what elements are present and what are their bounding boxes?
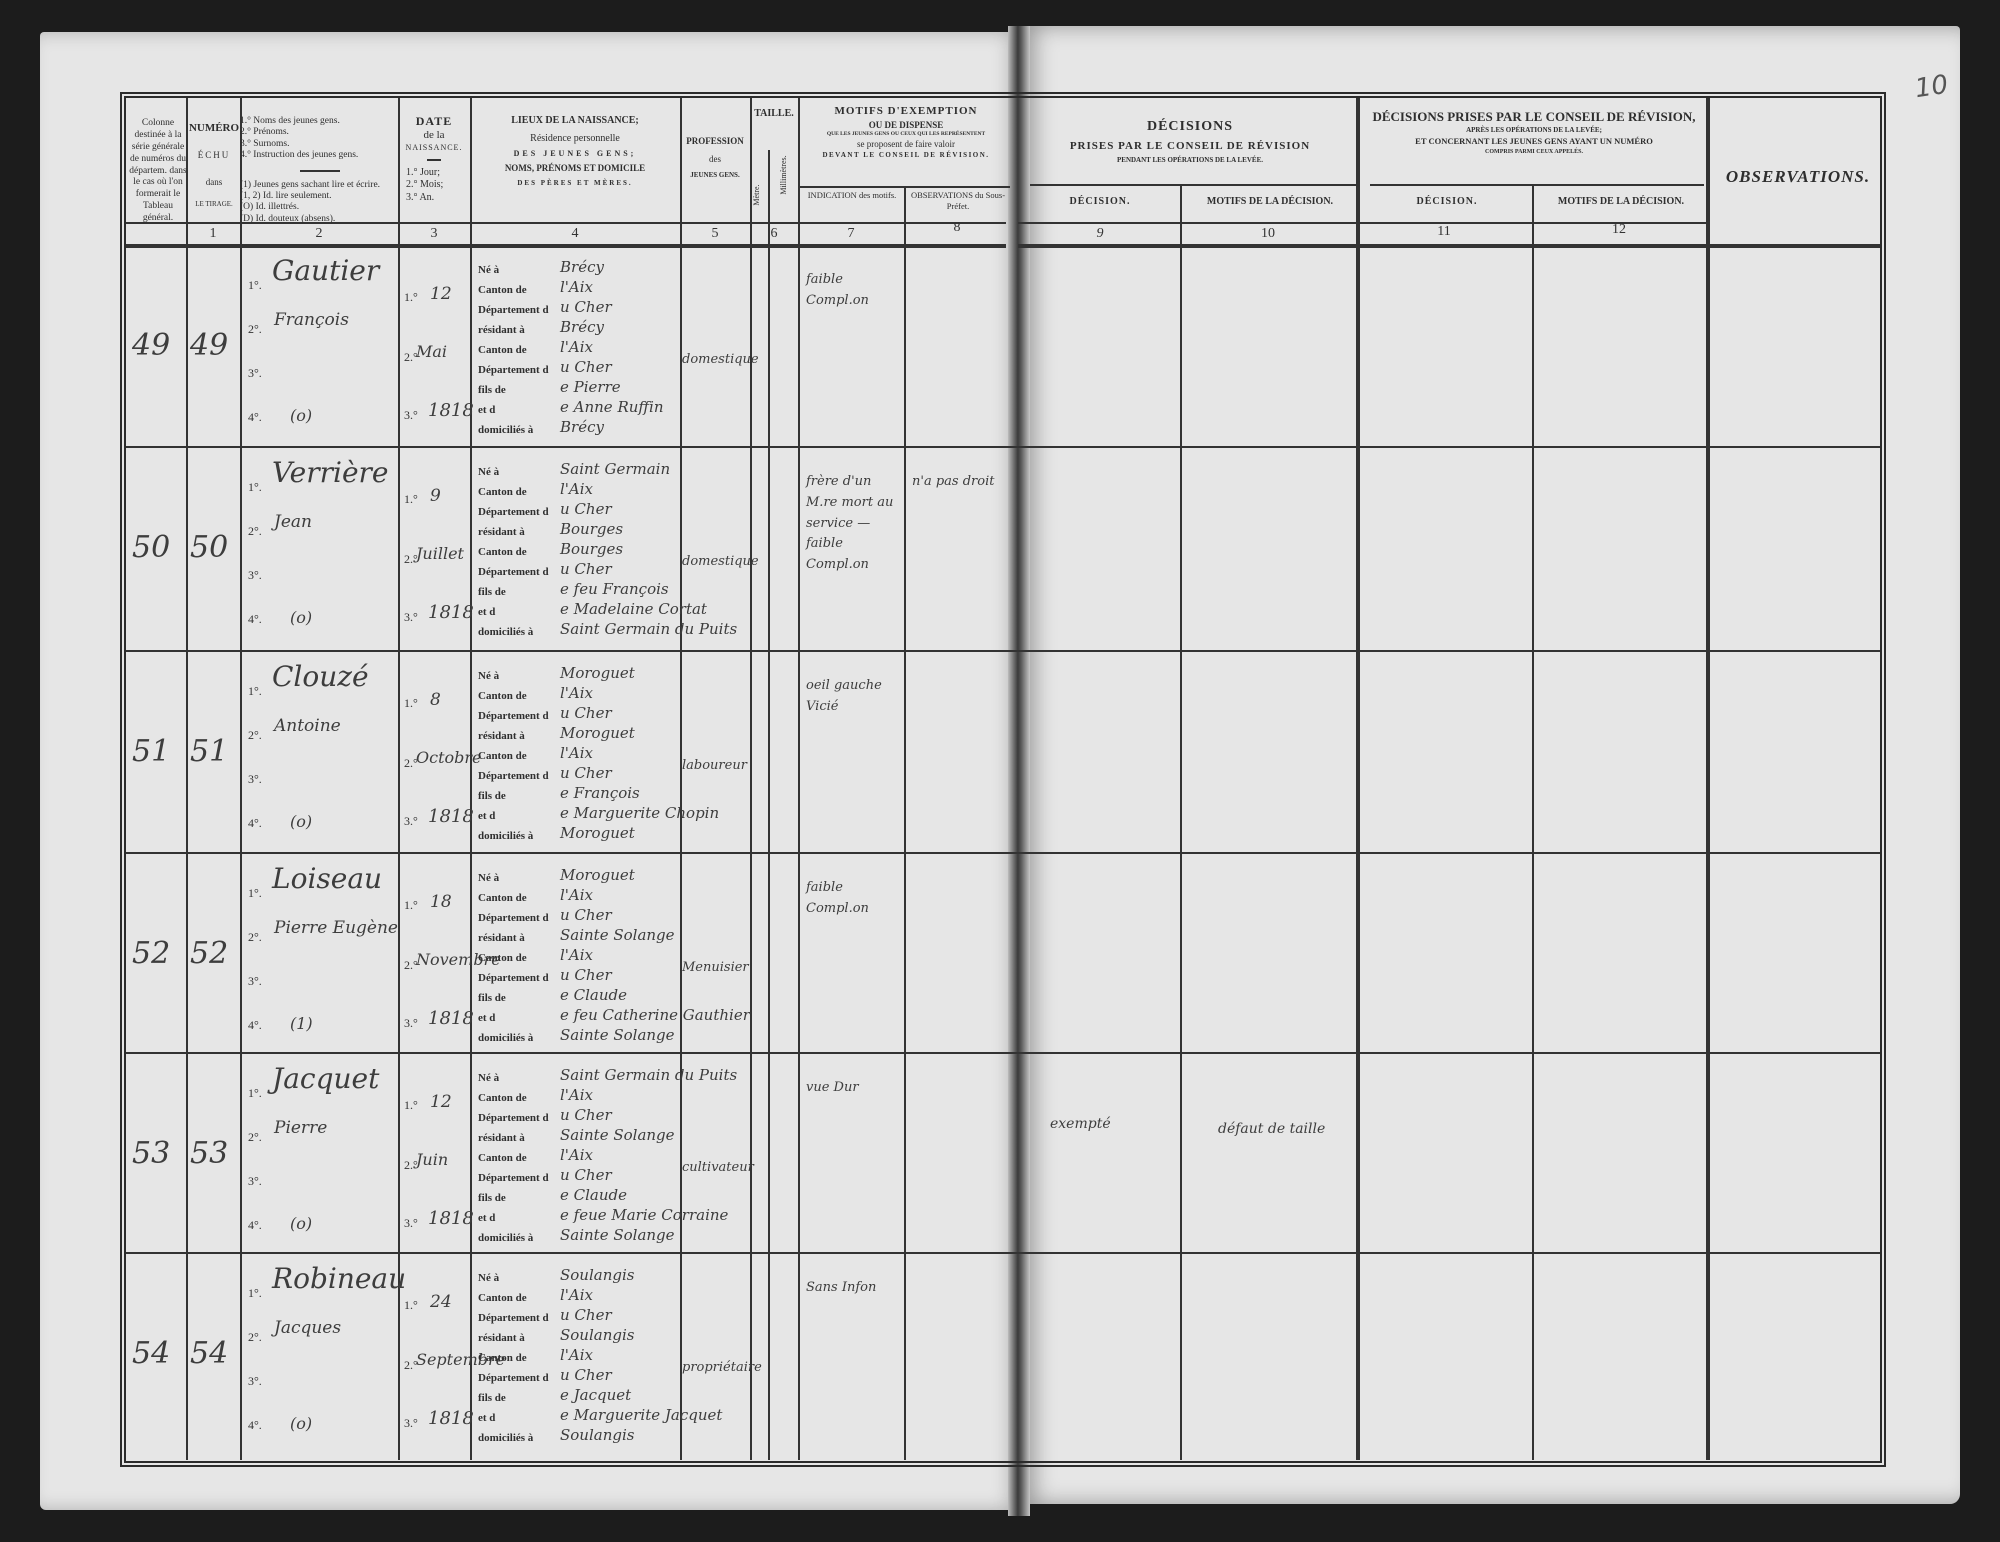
name-ordinal: 4°. bbox=[248, 1018, 262, 1033]
place-label: fils de bbox=[478, 384, 506, 396]
name-ordinal: 2°. bbox=[248, 322, 262, 337]
place-label: Canton de bbox=[478, 1352, 527, 1364]
row-rule-5 bbox=[126, 1252, 1880, 1254]
place-value: Bourges bbox=[560, 540, 623, 558]
row-exemption-motif: vue Dur bbox=[806, 1078, 902, 1099]
place-value: u Cher bbox=[560, 764, 612, 782]
name-ordinal: 3°. bbox=[248, 1374, 262, 1389]
row-decision-motif: défaut de taille bbox=[1218, 1116, 1328, 1143]
place-label: Né à bbox=[478, 670, 499, 682]
place-label: fils de bbox=[478, 992, 506, 1004]
place-value: u Cher bbox=[560, 500, 612, 518]
row-surname: Verrière bbox=[272, 456, 388, 489]
header-dec1-line2: PRISES PAR LE CONSEIL DE RÉVISION bbox=[1020, 138, 1360, 155]
row-exemption-motif: frère d'un M.re mort au service — faible… bbox=[806, 472, 902, 576]
row-serie-number: 49 bbox=[132, 328, 170, 363]
place-label: domiciliés à bbox=[478, 1032, 533, 1044]
header-noms-line4: 4.° Instruction des jeunes gens. bbox=[240, 150, 400, 161]
name-ordinal: 2°. bbox=[248, 930, 262, 945]
header-rule bbox=[126, 222, 1006, 224]
place-value: u Cher bbox=[560, 906, 612, 924]
header-legend-1: (1) Jeunes gens sachant lire et écrire. bbox=[240, 180, 400, 191]
place-value: l'Aix bbox=[560, 886, 593, 904]
header-profession-line3: JEUNES GENS. bbox=[680, 168, 750, 182]
row-birth-month: Juillet bbox=[416, 544, 464, 563]
place-value: l'Aix bbox=[560, 744, 593, 762]
header-decisions-2: DÉCISIONS PRISES PAR LE CONSEIL DE RÉVIS… bbox=[1358, 108, 1710, 156]
header-date: DATE de la NAISSANCE. 1.° Jour; 2.° Mois… bbox=[400, 114, 468, 204]
row-instruction: (o) bbox=[290, 1214, 312, 1233]
place-label: Département d bbox=[478, 770, 549, 782]
place-value: Saint Germain du Puits bbox=[560, 1066, 737, 1084]
name-ordinal: 2°. bbox=[248, 524, 262, 539]
header-profession-line1: PROFESSION bbox=[680, 132, 750, 150]
name-ordinal: 4°. bbox=[248, 410, 262, 425]
place-label: Département d bbox=[478, 364, 549, 376]
header-date-title: DATE bbox=[400, 114, 468, 129]
header-lieux-line2: Résidence personnelle bbox=[470, 130, 680, 148]
place-label: résidant à bbox=[478, 324, 525, 336]
row-profession: cultivateur bbox=[682, 1160, 754, 1175]
birth-ordinal-year: 3.° bbox=[404, 1416, 418, 1431]
header-lieux: LIEUX DE LA NAISSANCE; Résidence personn… bbox=[470, 112, 680, 189]
name-ordinal: 1°. bbox=[248, 886, 262, 901]
header-dec2-decision: DÉCISION. bbox=[1362, 196, 1532, 209]
colnum-1: 1 bbox=[186, 226, 240, 242]
place-value: e Anne Ruffin bbox=[560, 398, 663, 416]
row-exemption-motif: faible Compl.on bbox=[806, 878, 902, 920]
name-ordinal: 1°. bbox=[248, 684, 262, 699]
place-label: fils de bbox=[478, 586, 506, 598]
place-value: Saint Germain du Puits bbox=[560, 620, 737, 638]
row-birth-day: 18 bbox=[430, 892, 452, 912]
place-label: Département d bbox=[478, 506, 549, 518]
place-label: résidant à bbox=[478, 932, 525, 944]
place-value: e Marguerite Jacquet bbox=[560, 1406, 722, 1424]
place-label: Département d bbox=[478, 1172, 549, 1184]
place-label: domiciliés à bbox=[478, 830, 533, 842]
col-divider-1 bbox=[186, 98, 188, 1460]
page-number: 10 bbox=[1913, 70, 1950, 104]
header-lieux-line5: DES PÈRES ET MÈRES. bbox=[470, 177, 680, 189]
header-decisions-1: DÉCISIONS PRISES PAR LE CONSEIL DE RÉVIS… bbox=[1020, 116, 1360, 166]
header-motifs-line4: se proposent de faire valoir bbox=[800, 138, 1012, 150]
row-instruction: (1) bbox=[290, 1014, 313, 1033]
name-ordinal: 2°. bbox=[248, 1130, 262, 1145]
row-birth-day: 24 bbox=[430, 1292, 452, 1312]
col-divider-7 bbox=[798, 98, 800, 1460]
row-tirage-number: 52 bbox=[190, 936, 228, 971]
place-value: l'Aix bbox=[560, 1346, 593, 1364]
header-motifs-line2: OU DE DISPENSE bbox=[800, 119, 1012, 131]
place-value: u Cher bbox=[560, 358, 612, 376]
place-label: Canton de bbox=[478, 1152, 527, 1164]
header-profession: PROFESSION des JEUNES GENS. bbox=[680, 132, 750, 182]
place-value: l'Aix bbox=[560, 480, 593, 498]
header-noms-divider bbox=[300, 170, 340, 172]
colnum-12: 12 bbox=[1532, 222, 1706, 238]
header-date-divider bbox=[427, 159, 441, 161]
name-ordinal: 1°. bbox=[248, 480, 262, 495]
birth-ordinal-day: 1.° bbox=[404, 290, 418, 305]
birth-ordinal-year: 3.° bbox=[404, 610, 418, 625]
name-ordinal: 3°. bbox=[248, 1174, 262, 1189]
name-ordinal: 2°. bbox=[248, 1330, 262, 1345]
place-label: domiciliés à bbox=[478, 1232, 533, 1244]
header-noms-line3: 3.° Surnoms. bbox=[240, 139, 400, 150]
place-label: résidant à bbox=[478, 1132, 525, 1144]
row-profession: Menuisier bbox=[682, 960, 749, 975]
row-birth-year: 1818 bbox=[428, 602, 474, 623]
place-value: Moroguet bbox=[560, 724, 635, 742]
place-value: Bourges bbox=[560, 520, 623, 538]
place-value: l'Aix bbox=[560, 338, 593, 356]
colnum-6: 6 bbox=[750, 226, 798, 242]
row-birth-year: 1818 bbox=[428, 1208, 474, 1229]
col-divider-2 bbox=[240, 98, 242, 1460]
colnum-5: 5 bbox=[680, 226, 750, 242]
place-value: e feu François bbox=[560, 580, 669, 598]
row-profession: domestique bbox=[682, 554, 759, 569]
header-dec1-decision: DÉCISION. bbox=[1020, 196, 1180, 209]
place-value: e Claude bbox=[560, 986, 627, 1004]
place-label: résidant à bbox=[478, 526, 525, 538]
row-firstname: Jean bbox=[274, 512, 312, 532]
row-rule-3 bbox=[126, 852, 1880, 854]
place-value: Brécy bbox=[560, 418, 604, 436]
row-birth-month: Octobre bbox=[416, 748, 482, 767]
header-motifs: MOTIFS D'EXEMPTION OU DE DISPENSE QUE LE… bbox=[800, 104, 1012, 160]
header-dec2-motifs: MOTIFS DE LA DÉCISION. bbox=[1534, 196, 1708, 209]
header-legend-2: (1, 2) Id. lire seulement. bbox=[240, 191, 400, 202]
place-label: domiciliés à bbox=[478, 1432, 533, 1444]
header-date-an: 3.° An. bbox=[400, 192, 468, 205]
row-birth-day: 12 bbox=[430, 284, 452, 304]
row-instruction: (o) bbox=[290, 812, 312, 831]
place-label: Canton de bbox=[478, 344, 527, 356]
place-value: Soulangis bbox=[560, 1266, 634, 1284]
row-rule-1 bbox=[126, 446, 1880, 448]
place-value: u Cher bbox=[560, 1166, 612, 1184]
place-label: fils de bbox=[478, 1192, 506, 1204]
name-ordinal: 1°. bbox=[248, 1086, 262, 1101]
col-divider-8 bbox=[904, 186, 906, 1460]
place-label: et d bbox=[478, 404, 495, 416]
header-noms-line1: 1.° Noms des jeunes gens. bbox=[240, 116, 400, 127]
row-birth-month: Juin bbox=[416, 1150, 448, 1169]
birth-ordinal-year: 3.° bbox=[404, 1016, 418, 1031]
column-number-rule-right bbox=[1018, 244, 1880, 248]
place-value: u Cher bbox=[560, 1366, 612, 1384]
place-value: u Cher bbox=[560, 1106, 612, 1124]
col-divider-3 bbox=[398, 98, 400, 1460]
header-dec1-motifs: MOTIFS DE LA DÉCISION. bbox=[1184, 196, 1356, 209]
header-numero-dans: dans bbox=[186, 177, 242, 188]
header-numero-title: NUMÉRO bbox=[186, 122, 242, 136]
name-ordinal: 2°. bbox=[248, 728, 262, 743]
row-tirage-number: 54 bbox=[190, 1336, 228, 1371]
place-label: résidant à bbox=[478, 1332, 525, 1344]
row-profession: propriétaire bbox=[682, 1360, 762, 1375]
header-dec2-line1: DÉCISIONS PRISES PAR LE CONSEIL DE RÉVIS… bbox=[1358, 108, 1710, 126]
place-label: Né à bbox=[478, 1072, 499, 1084]
place-value: e Marguerite Chopin bbox=[560, 804, 719, 822]
header-noms-line2: 2.° Prénoms. bbox=[240, 127, 400, 138]
place-label: domiciliés à bbox=[478, 424, 533, 436]
header-date-sub1: de la bbox=[400, 129, 468, 143]
dec2-subrule bbox=[1370, 184, 1704, 186]
header-numero-echu: ÉCHU bbox=[186, 150, 242, 161]
col-divider-5 bbox=[680, 98, 682, 1460]
place-value: l'Aix bbox=[560, 684, 593, 702]
place-label: Canton de bbox=[478, 1292, 527, 1304]
place-label: Département d bbox=[478, 972, 549, 984]
birth-ordinal-day: 1.° bbox=[404, 1298, 418, 1313]
row-rule-4 bbox=[126, 1052, 1880, 1054]
place-value: Moroguet bbox=[560, 866, 635, 884]
header-motifs-indication: INDICATION des motifs. bbox=[800, 190, 904, 201]
header-dec1-line3: PENDANT LES OPÉRATIONS DE LA LEVÉE. bbox=[1020, 155, 1360, 166]
place-label: Né à bbox=[478, 872, 499, 884]
row-surname: Gautier bbox=[272, 254, 379, 287]
place-label: Né à bbox=[478, 1272, 499, 1284]
name-ordinal: 4°. bbox=[248, 1218, 262, 1233]
header-profession-line2: des bbox=[680, 150, 750, 168]
header-dec2-line4: COMPRIS PARMI CEUX APPELÉS. bbox=[1358, 148, 1710, 156]
header-taille-metre: Mètre. bbox=[752, 180, 762, 210]
row-birth-year: 1818 bbox=[428, 1408, 474, 1429]
row-firstname: Antoine bbox=[274, 716, 341, 736]
place-value: e feu Catherine Gauthier bbox=[560, 1006, 750, 1024]
place-label: fils de bbox=[478, 790, 506, 802]
birth-ordinal-day: 1.° bbox=[404, 492, 418, 507]
place-value: Sainte Solange bbox=[560, 1226, 675, 1244]
col-divider-6 bbox=[750, 98, 752, 1460]
header-numero: NUMÉRO ÉCHU dans LE TIRAGE. bbox=[186, 122, 242, 209]
header-motifs-line1: MOTIFS D'EXEMPTION bbox=[800, 104, 1012, 119]
place-value: Moroguet bbox=[560, 664, 635, 682]
row-serie-number: 51 bbox=[132, 734, 170, 769]
header-date-sub2: NAISSANCE. bbox=[400, 143, 468, 153]
row-surname: Robineau bbox=[272, 1262, 406, 1295]
header-dec1-line1: DÉCISIONS bbox=[1020, 116, 1360, 138]
place-value: Sainte Solange bbox=[560, 1126, 675, 1144]
header-date-jour: 1.° Jour; bbox=[400, 167, 468, 180]
row-instruction: (o) bbox=[290, 608, 312, 627]
place-label: fils de bbox=[478, 1392, 506, 1404]
header-lieux-line1: LIEUX DE LA NAISSANCE; bbox=[470, 112, 680, 130]
row-firstname: François bbox=[274, 310, 349, 330]
place-label: Né à bbox=[478, 264, 499, 276]
row-birth-year: 1818 bbox=[428, 400, 474, 421]
row-exemption-motif: oeil gauche Vicié bbox=[806, 676, 902, 718]
place-value: e Madelaine Cortat bbox=[560, 600, 707, 618]
row-instruction: (o) bbox=[290, 406, 312, 425]
row-birth-day: 9 bbox=[430, 486, 441, 506]
colnum-8: 8 bbox=[904, 220, 1010, 236]
row-exemption-motif: Sans Infon bbox=[806, 1278, 902, 1299]
place-value: Brécy bbox=[560, 258, 604, 276]
column-number-rule bbox=[126, 244, 1006, 248]
place-label: et d bbox=[478, 606, 495, 618]
place-value: e Claude bbox=[560, 1186, 627, 1204]
row-tirage-number: 49 bbox=[190, 328, 228, 363]
place-value: e Jacquet bbox=[560, 1386, 631, 1404]
colnum-3: 3 bbox=[398, 226, 470, 242]
header-observations: OBSERVATIONS. bbox=[1710, 166, 1886, 187]
name-ordinal: 4°. bbox=[248, 1418, 262, 1433]
col-divider-taille bbox=[768, 150, 770, 1460]
place-label: Département d bbox=[478, 1312, 549, 1324]
place-value: l'Aix bbox=[560, 278, 593, 296]
col-divider-12 bbox=[1706, 98, 1710, 1460]
place-value: Saint Germain bbox=[560, 460, 670, 478]
place-label: Né à bbox=[478, 466, 499, 478]
colnum-9: 9 bbox=[1020, 226, 1180, 242]
birth-ordinal-day: 1.° bbox=[404, 1098, 418, 1113]
place-label: Département d bbox=[478, 1372, 549, 1384]
row-surname: Loiseau bbox=[272, 862, 382, 895]
place-value: l'Aix bbox=[560, 946, 593, 964]
row-birth-day: 8 bbox=[430, 690, 441, 710]
name-ordinal: 3°. bbox=[248, 772, 262, 787]
place-value: l'Aix bbox=[560, 1146, 593, 1164]
col-divider-11 bbox=[1532, 186, 1534, 1460]
row-rule-2 bbox=[126, 650, 1880, 652]
place-value: Sainte Solange bbox=[560, 926, 675, 944]
birth-ordinal-year: 3.° bbox=[404, 408, 418, 423]
dec1-subrule bbox=[1030, 184, 1356, 186]
place-label: et d bbox=[478, 1412, 495, 1424]
name-ordinal: 3°. bbox=[248, 974, 262, 989]
header-noms: 1.° Noms des jeunes gens. 2.° Prénoms. 3… bbox=[240, 116, 400, 225]
header-col1: Colonne destinée à la série générale de … bbox=[128, 118, 188, 225]
place-label: et d bbox=[478, 810, 495, 822]
row-tirage-number: 51 bbox=[190, 734, 228, 769]
birth-ordinal-day: 1.° bbox=[404, 898, 418, 913]
row-instruction: (o) bbox=[290, 1414, 312, 1433]
place-value: l'Aix bbox=[560, 1086, 593, 1104]
header-taille: TAILLE. bbox=[750, 108, 798, 121]
place-value: Moroguet bbox=[560, 824, 635, 842]
place-value: Brécy bbox=[560, 318, 604, 336]
place-label: Département d bbox=[478, 304, 549, 316]
header-dec2-line2: APRÈS LES OPÉRATIONS DE LA LEVÉE; bbox=[1358, 126, 1710, 136]
col-divider-4 bbox=[470, 98, 472, 1460]
place-value: u Cher bbox=[560, 560, 612, 578]
place-value: l'Aix bbox=[560, 1286, 593, 1304]
row-birth-day: 12 bbox=[430, 1092, 452, 1112]
row-subprefect-observation: n'a pas droit bbox=[912, 472, 1004, 492]
header-motifs-observations: OBSERVATIONS du Sous-Préfet. bbox=[906, 190, 1010, 211]
place-label: Département d bbox=[478, 566, 549, 578]
row-surname: Jacquet bbox=[272, 1062, 379, 1095]
place-value: e Pierre bbox=[560, 378, 621, 396]
name-ordinal: 1°. bbox=[248, 1286, 262, 1301]
place-label: Département d bbox=[478, 912, 549, 924]
name-ordinal: 4°. bbox=[248, 816, 262, 831]
birth-ordinal-year: 3.° bbox=[404, 814, 418, 829]
row-profession: domestique bbox=[682, 352, 759, 367]
row-firstname: Pierre bbox=[274, 1118, 327, 1138]
header-legend-3: (O) Id. illettrés. bbox=[240, 202, 400, 213]
place-label: Canton de bbox=[478, 750, 527, 762]
header-dec2-line3: ET CONCERNANT LES JEUNES GENS AYANT UN N… bbox=[1358, 136, 1710, 148]
place-label: Canton de bbox=[478, 690, 527, 702]
header-lieux-line4: NOMS, PRÉNOMS ET DOMICILE bbox=[470, 161, 680, 177]
place-value: u Cher bbox=[560, 966, 612, 984]
colnum-11: 11 bbox=[1356, 224, 1532, 240]
place-label: et d bbox=[478, 1212, 495, 1224]
place-value: Soulangis bbox=[560, 1426, 634, 1444]
row-birth-year: 1818 bbox=[428, 806, 474, 827]
row-firstname: Jacques bbox=[274, 1318, 341, 1338]
place-label: Département d bbox=[478, 1112, 549, 1124]
row-serie-number: 54 bbox=[132, 1336, 170, 1371]
place-label: Canton de bbox=[478, 952, 527, 964]
place-value: e feue Marie Corraine bbox=[560, 1206, 728, 1224]
row-serie-number: 53 bbox=[132, 1136, 170, 1171]
header-lieux-line3: DES JEUNES GENS; bbox=[470, 147, 680, 161]
row-tirage-number: 53 bbox=[190, 1136, 228, 1171]
colnum-7: 7 bbox=[798, 226, 904, 242]
col-divider-10 bbox=[1356, 98, 1360, 1460]
place-value: u Cher bbox=[560, 298, 612, 316]
header-date-mois: 2.° Mois; bbox=[400, 179, 468, 192]
place-label: domiciliés à bbox=[478, 626, 533, 638]
place-label: résidant à bbox=[478, 730, 525, 742]
row-tirage-number: 50 bbox=[190, 530, 228, 565]
row-serie-number: 50 bbox=[132, 530, 170, 565]
name-ordinal: 3°. bbox=[248, 366, 262, 381]
colnum-10: 10 bbox=[1180, 226, 1356, 242]
header-motifs-line5: DEVANT LE CONSEIL DE RÉVISION. bbox=[800, 151, 1012, 160]
birth-ordinal-year: 3.° bbox=[404, 1216, 418, 1231]
colnum-2: 2 bbox=[240, 226, 398, 242]
place-label: Canton de bbox=[478, 486, 527, 498]
birth-ordinal-day: 1.° bbox=[404, 696, 418, 711]
row-profession: laboureur bbox=[682, 758, 747, 773]
right-table-frame bbox=[1010, 92, 1886, 1467]
colnum-4: 4 bbox=[470, 226, 680, 242]
row-firstname: Pierre Eugène bbox=[274, 918, 398, 938]
place-label: Canton de bbox=[478, 546, 527, 558]
row-exemption-motif: faible Compl.on bbox=[806, 270, 902, 312]
place-label: Canton de bbox=[478, 1092, 527, 1104]
header-numero-tirage: LE TIRAGE. bbox=[186, 200, 242, 209]
place-label: Département d bbox=[478, 710, 549, 722]
place-value: e François bbox=[560, 784, 640, 802]
place-label: et d bbox=[478, 1012, 495, 1024]
name-ordinal: 4°. bbox=[248, 612, 262, 627]
row-surname: Clouzé bbox=[272, 660, 369, 693]
place-label: Canton de bbox=[478, 284, 527, 296]
place-value: u Cher bbox=[560, 704, 612, 722]
name-ordinal: 1°. bbox=[248, 278, 262, 293]
header-taille-mm: Millimètres. bbox=[779, 145, 789, 205]
place-value: Soulangis bbox=[560, 1326, 634, 1344]
place-value: u Cher bbox=[560, 1306, 612, 1324]
header-taille-title: TAILLE. bbox=[750, 108, 798, 121]
place-label: Canton de bbox=[478, 892, 527, 904]
header-motifs-line3: QUE LES JEUNES GENS OU CEUX QUI LES REPR… bbox=[800, 131, 1012, 138]
row-serie-number: 52 bbox=[132, 936, 170, 971]
name-ordinal: 3°. bbox=[248, 568, 262, 583]
row-decision: exempté bbox=[1050, 1116, 1111, 1132]
row-birth-year: 1818 bbox=[428, 1008, 474, 1029]
row-birth-month: Mai bbox=[416, 342, 447, 361]
place-value: Sainte Solange bbox=[560, 1026, 675, 1044]
